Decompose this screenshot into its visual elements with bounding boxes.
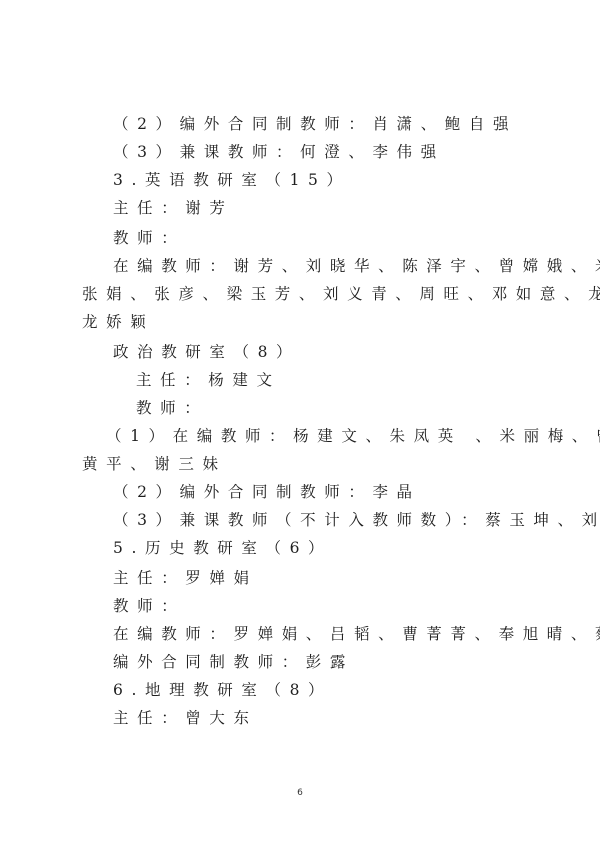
line-politics-staff-2: 黄平、谢三妹 xyxy=(82,454,227,474)
document-page: （2）编外合同制教师：肖潇、鲍自强 （3）兼课教师：何澄、李伟强 3.英语教研室… xyxy=(0,0,600,849)
line-politics-director: 主任：杨建文 xyxy=(136,370,281,390)
section-heading-history: 5.历史教研室（6） xyxy=(113,538,332,558)
line-politics-teachers-label: 教师： xyxy=(136,398,208,418)
line-history-director: 主任：罗婵娟 xyxy=(113,568,258,588)
section-heading-english: 3.英语教研室（15） xyxy=(113,170,351,190)
line-english-director: 主任：谢芳 xyxy=(113,198,234,218)
page-number: 6 xyxy=(0,788,600,798)
line-history-teachers-label: 教师： xyxy=(113,596,185,616)
line-politics-contract: （2）编外合同制教师：李晶 xyxy=(113,482,421,502)
section-heading-politics: 政治教研室（8） xyxy=(113,342,300,362)
line-politics-staff-1: （1）在编教师：杨建文、朱凤英 、米丽梅、曾彰、刘维、 xyxy=(106,426,600,446)
line-geography-director: 主任：曾大东 xyxy=(113,708,258,728)
line-politics-part-time: （3）兼课教师（不计入教师数）：蔡玉坤、刘志华、王泽民 xyxy=(113,510,600,530)
line-history-staff: 在编教师：罗婵娟、吕韬、曹菁菁、奉旭晴、蔡海燕、周微 xyxy=(113,624,600,644)
line-english-staff-3: 龙娇颖 xyxy=(82,312,154,332)
line-english-staff-1: 在编教师：谢芳、刘晓华、陈泽宇、曾嫦娥、米珊珊、周贤、 xyxy=(113,256,600,276)
line-english-teachers-label: 教师： xyxy=(113,228,185,248)
line-contract-teachers-2: （2）编外合同制教师：肖潇、鲍自强 xyxy=(113,114,517,134)
line-part-time-teachers-2: （3）兼课教师：何澄、李伟强 xyxy=(113,142,445,162)
section-heading-geography: 6.地理教研室（8） xyxy=(113,680,332,700)
line-history-contract: 编外合同制教师：彭露 xyxy=(113,652,354,672)
line-english-staff-2: 张娟、张彦、梁玉芳、刘义青、周旺、邓如意、龙蝉娟、谭慧、 xyxy=(82,284,600,304)
